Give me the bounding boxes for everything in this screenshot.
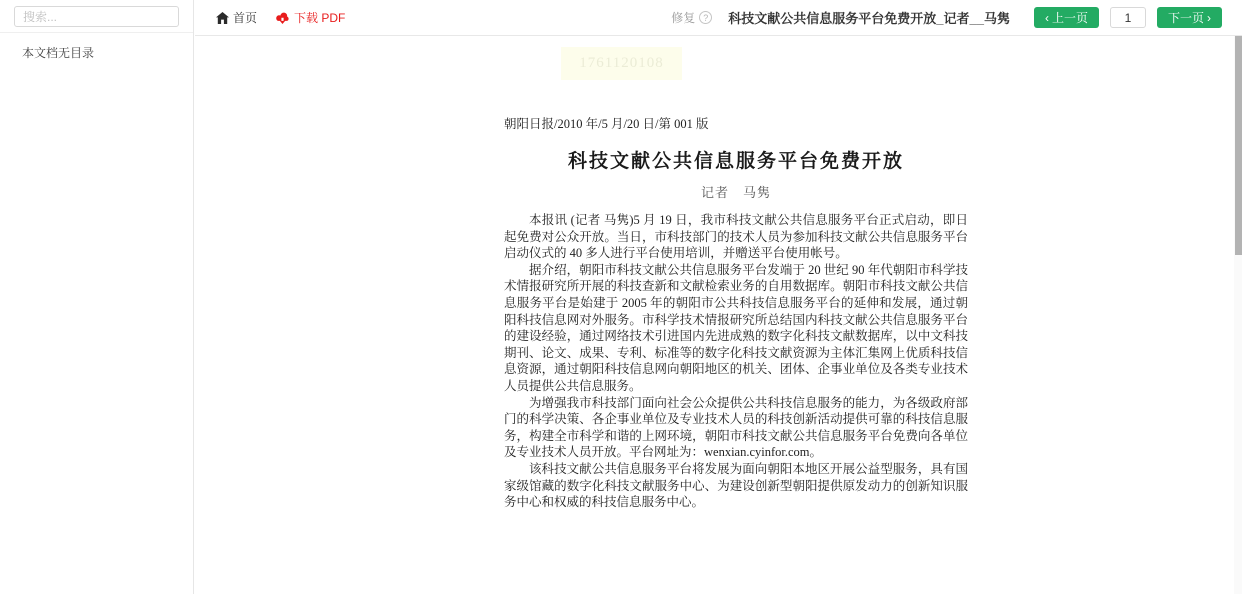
- next-page-button[interactable]: 下一页 ›: [1157, 7, 1222, 28]
- prev-page-label: 上一页: [1052, 9, 1088, 26]
- next-page-label: 下一页: [1168, 9, 1204, 26]
- chevron-right-icon: ›: [1207, 11, 1211, 25]
- source-publication-line: 朝阳日报/2010 年/5 月/20 日/第 001 版: [504, 114, 709, 132]
- repair-button[interactable]: 修复 ?: [671, 9, 712, 26]
- article-byline: 记者 马隽: [504, 182, 968, 201]
- repair-label: 修复: [671, 9, 695, 26]
- home-icon: [216, 12, 229, 24]
- scrollbar-thumb[interactable]: [1235, 36, 1242, 255]
- prev-page-button[interactable]: ‹ 上一页: [1034, 7, 1099, 28]
- search-input[interactable]: [14, 6, 179, 27]
- scrollbar-track[interactable]: [1234, 36, 1242, 594]
- article-body: 本报讯 (记者 马隽)5 月 19 日，我市科技文献公共信息服务平台正式启动，即…: [504, 212, 968, 511]
- article-paragraph: 为增强我市科技部门面向社会公众提供公共科技信息服务的能力，为各级政府部门的科学决…: [504, 395, 968, 461]
- article-paragraph: 该科技文献公共信息服务平台将发展为面向朝阳本地区开展公益型服务，具有国家级馆藏的…: [504, 461, 968, 511]
- page-number-input[interactable]: [1110, 7, 1146, 28]
- toolbar-right: 修复 ? 科技文献公共信息服务平台免费开放_记者__马隽 ‹ 上一页 下一页 ›: [671, 7, 1222, 28]
- document-title: 科技文献公共信息服务平台免费开放_记者__马隽: [728, 8, 1010, 27]
- download-pdf-label: 下载 PDF: [294, 9, 345, 26]
- article-paragraph: 本报讯 (记者 马隽)5 月 19 日，我市科技文献公共信息服务平台正式启动，即…: [504, 212, 968, 262]
- search-box: [0, 0, 193, 33]
- document-page: 1761120108 朝阳日报/2010 年/5 月/20 日/第 001 版 …: [195, 36, 1234, 594]
- home-button[interactable]: 首页: [216, 9, 257, 26]
- download-pdf-button[interactable]: 下载 PDF: [275, 9, 345, 26]
- cloud-download-icon: [275, 12, 290, 24]
- home-label: 首页: [233, 9, 257, 26]
- toolbar: 首页 下载 PDF 修复 ? 科技文献公共信息服务平台免费开放_记者__马隽 ‹…: [195, 0, 1242, 36]
- watermark: 1761120108: [561, 47, 682, 80]
- article-paragraph: 据介绍，朝阳市科技文献公共信息服务平台发端于 20 世纪 90 年代朝阳市科学技…: [504, 262, 968, 395]
- article-title: 科技文献公共信息服务平台免费开放: [504, 146, 968, 173]
- sidebar: 本文档无目录: [0, 0, 194, 594]
- chevron-left-icon: ‹: [1045, 11, 1049, 25]
- toc-empty-message: 本文档无目录: [0, 33, 193, 72]
- question-circle-icon[interactable]: ?: [699, 11, 712, 24]
